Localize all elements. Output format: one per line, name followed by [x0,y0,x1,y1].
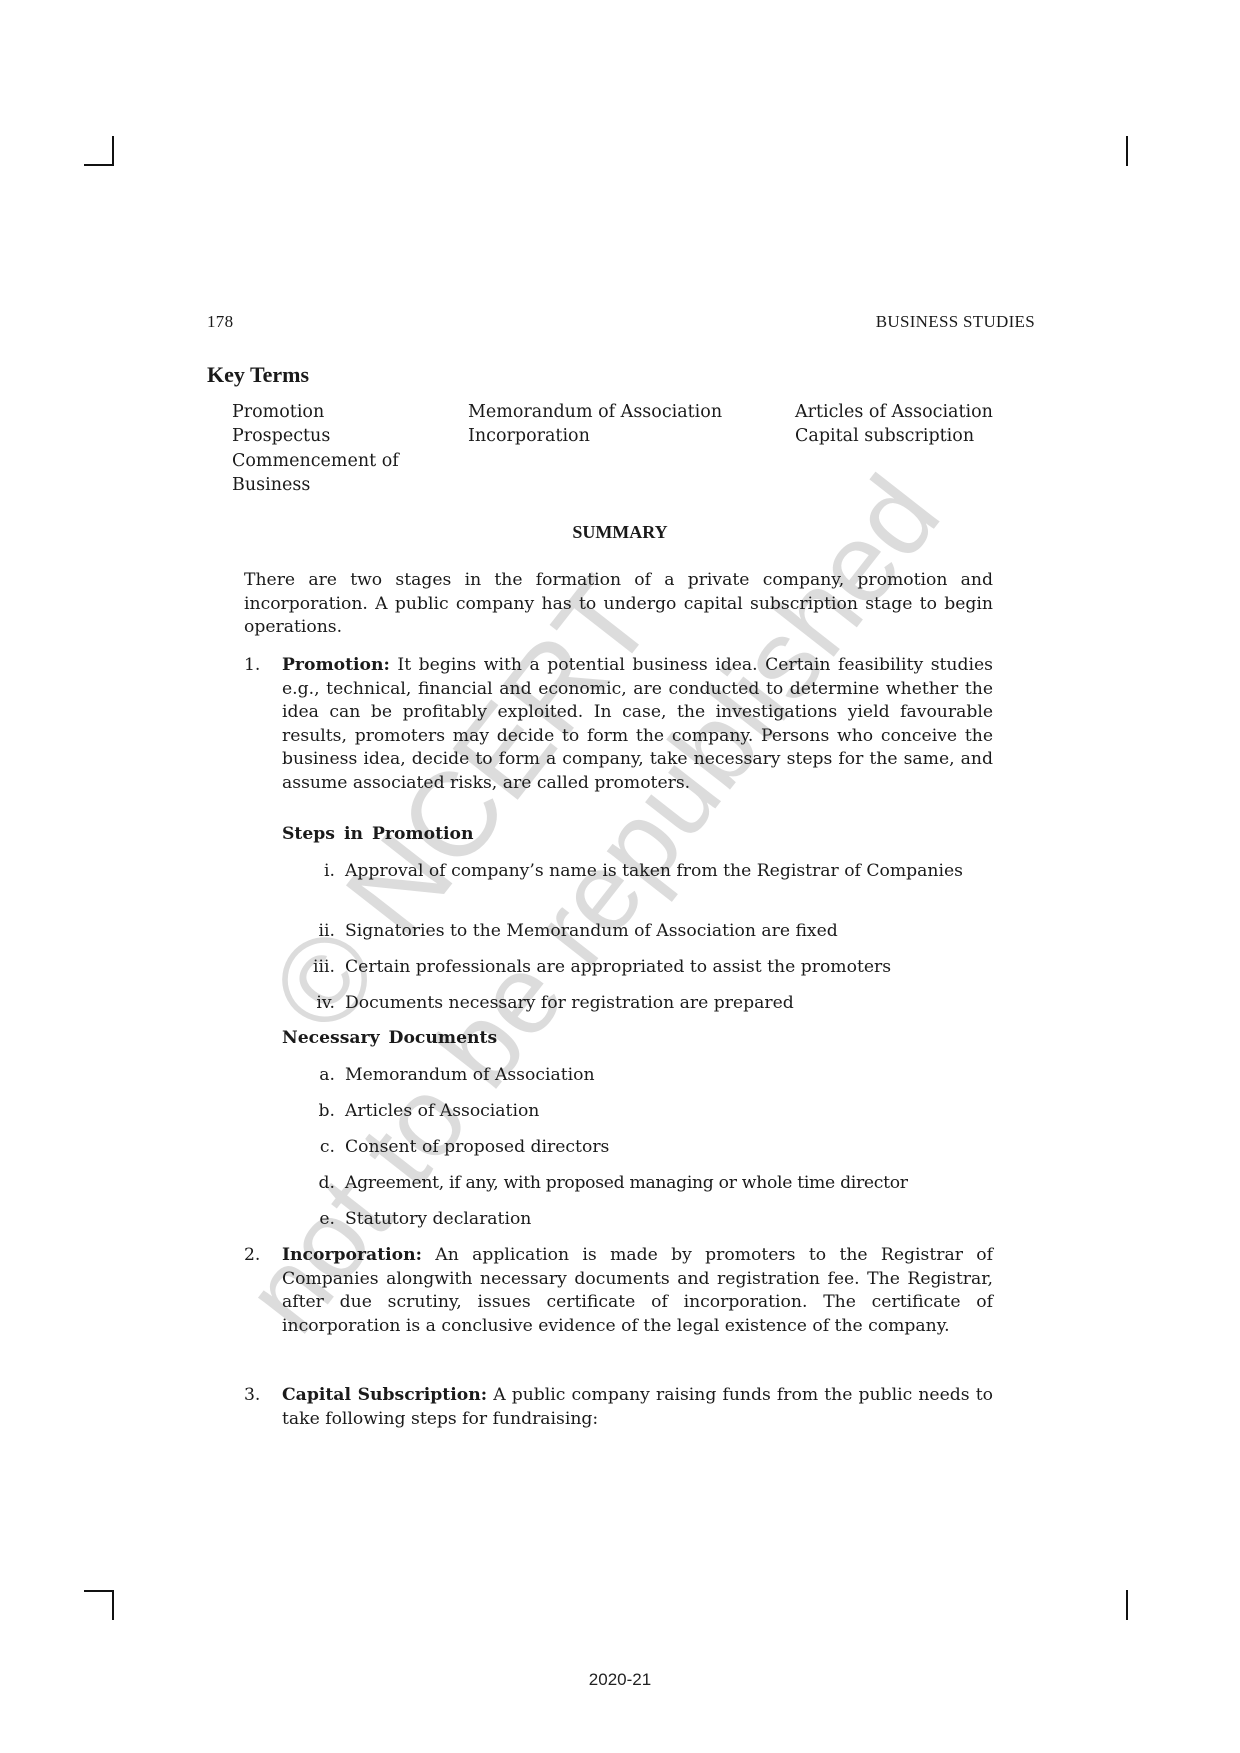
edition-footer: 2020-21 [0,1670,1240,1690]
document-text: Agreement, if any, with proposed managin… [345,1172,993,1196]
steps-in-promotion-heading: Steps in Promotion [282,824,474,844]
document-label: e. [282,1208,335,1232]
document-text: Consent of proposed directors [345,1136,993,1160]
necessary-documents-heading: Necessary Documents [282,1028,497,1048]
key-term: Commencement of Business [232,449,422,498]
key-term: Incorporation [468,424,722,448]
document-label: c. [282,1136,335,1160]
key-term: Prospectus [232,424,442,448]
step-label: iii. [282,956,335,980]
running-head: 178 BUSINESS STUDIES [207,312,1035,334]
document-label: b. [282,1100,335,1124]
summary-item-incorporation: 2. Incorporation: An application is made… [244,1244,993,1338]
item-body: It begins with a potential business idea… [282,655,993,793]
page: 178 BUSINESS STUDIES Key Terms Promotion… [0,0,1240,1753]
key-terms-column-3: Articles of Association Capital subscrip… [795,400,993,449]
item-term: Promotion: [282,655,390,675]
document-item: a. Memorandum of Association [282,1064,993,1088]
item-text: Promotion: It begins with a potential bu… [282,654,993,796]
key-term: Promotion [232,400,442,424]
document-text: Memorandum of Association [345,1064,993,1088]
promotion-step: ii. Signatories to the Memorandum of Ass… [282,920,993,944]
step-text: Approval of company’s name is taken from… [345,860,993,884]
step-text: Certain professionals are appropriated t… [345,956,993,980]
step-label: ii. [282,920,335,944]
item-text: Incorporation: An application is made by… [282,1244,993,1338]
document-label: d. [282,1172,335,1196]
document-item: e. Statutory declaration [282,1208,993,1232]
summary-item-promotion: 1. Promotion: It begins with a potential… [244,654,993,796]
promotion-step: iii. Certain professionals are appropria… [282,956,993,980]
page-number: 178 [207,312,233,332]
summary-heading: SUMMARY [0,522,1240,543]
summary-item-capital-subscription: 3. Capital Subscription: A public compan… [244,1384,993,1431]
key-terms-heading: Key Terms [207,362,309,388]
item-number: 2. [244,1244,274,1268]
step-text: Documents necessary for registration are… [345,992,993,1016]
promotion-step: iv. Documents necessary for registration… [282,992,993,1016]
document-item: b. Articles of Association [282,1100,993,1124]
step-label: i. [282,860,335,884]
book-title: BUSINESS STUDIES [876,312,1035,332]
key-terms-column-1: Promotion Prospectus Commencement of Bus… [232,400,442,497]
document-item: c. Consent of proposed directors [282,1136,993,1160]
document-item: d. Agreement, if any, with proposed mana… [282,1172,993,1196]
promotion-step: i. Approval of company’s name is taken f… [282,860,993,884]
item-term: Capital Subscription: [282,1385,487,1405]
key-terms-column-2: Memorandum of Association Incorporation [468,400,722,449]
document-label: a. [282,1064,335,1088]
key-term: Memorandum of Association [468,400,722,424]
step-label: iv. [282,992,335,1016]
item-number: 1. [244,654,274,678]
key-term: Articles of Association [795,400,993,424]
item-text: Capital Subscription: A public company r… [282,1384,993,1431]
step-text: Signatories to the Memorandum of Associa… [345,920,993,944]
document-text: Statutory declaration [345,1208,993,1232]
document-text: Articles of Association [345,1100,993,1124]
key-term: Capital subscription [795,424,993,448]
item-number: 3. [244,1384,274,1408]
summary-intro: There are two stages in the formation of… [244,569,993,640]
item-term: Incorporation: [282,1245,422,1265]
